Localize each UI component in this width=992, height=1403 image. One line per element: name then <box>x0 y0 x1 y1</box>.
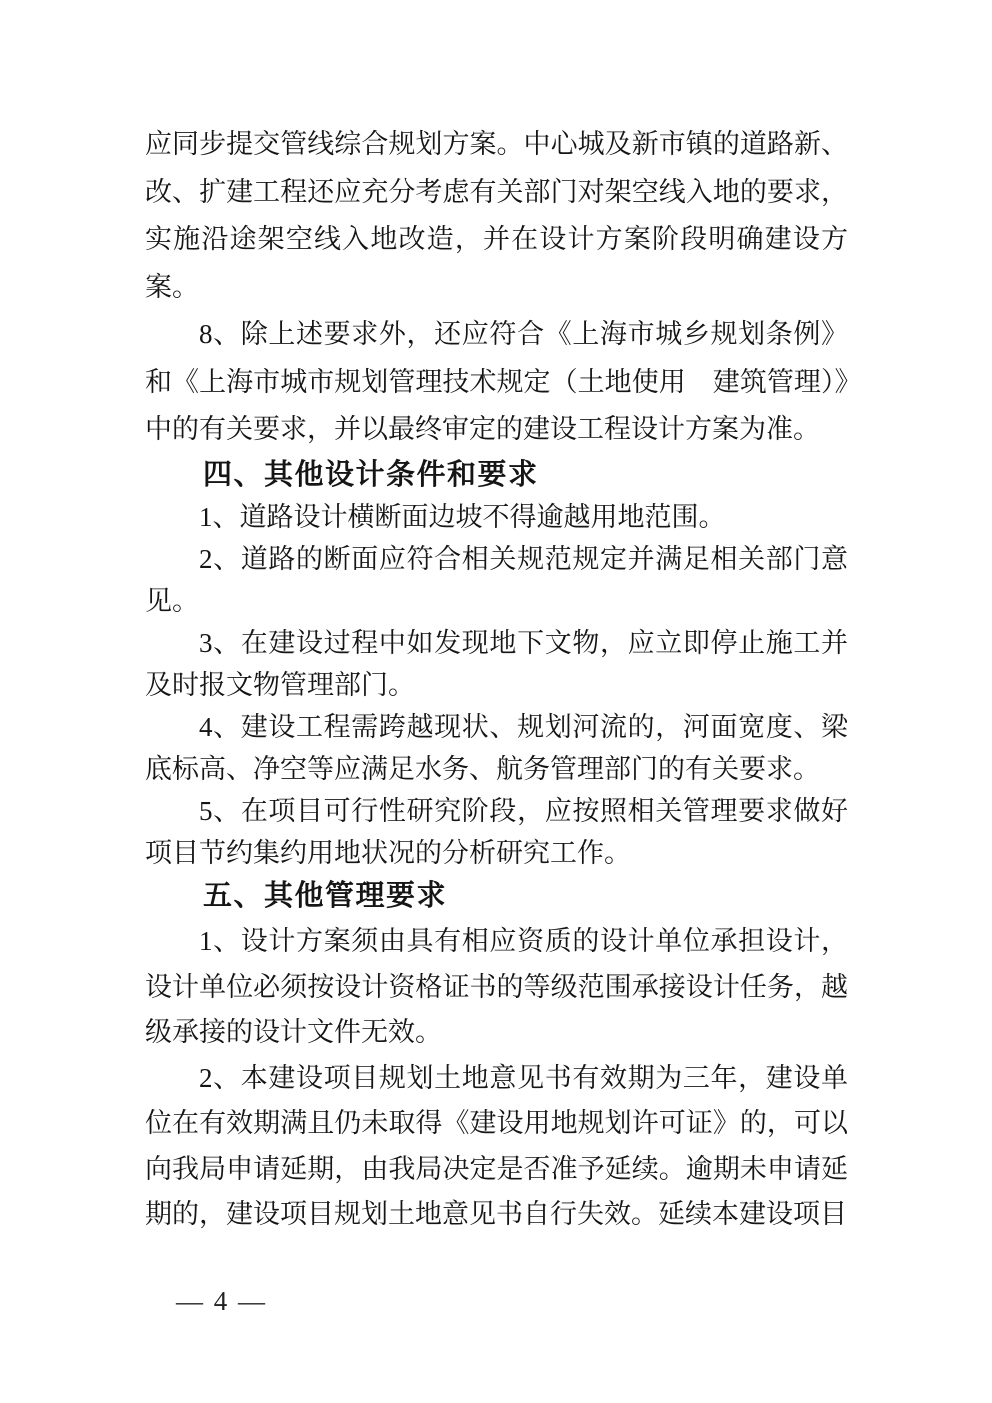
paragraph-management-item-2-validity-period: 2、本建设项目规划土地意见书有效期为三年，建设单位在有效期满且仍未取得《建设用地… <box>145 1056 848 1238</box>
section-heading-5-other-management-requirements: 五、其他管理要求 <box>145 874 848 920</box>
page-number: — 4 — <box>176 1286 267 1317</box>
paragraph-design-item-3-cultural-relics: 3、在建设过程中如发现地下文物，应立即停止施工并及时报文物管理部门。 <box>145 622 848 706</box>
paragraph-design-item-5-land-use-study: 5、在项目可行性研究阶段，应按照相关管理要求做好项目节约集约用地状况的分析研究工… <box>145 790 848 874</box>
paragraph-continued-pipeline-plan: 应同步提交管线综合规划方案。中心城及新市镇的道路新、改、扩建工程还应充分考虑有关… <box>145 121 848 311</box>
paragraph-management-item-1-qualified-designer: 1、设计方案须由具有相应资质的设计单位承担设计，设计单位必须按设计资格证书的等级… <box>145 919 848 1056</box>
document-page: 应同步提交管线综合规划方案。中心城及新市镇的道路新、改、扩建工程还应充分考虑有关… <box>0 0 992 1403</box>
document-body: 应同步提交管线综合规划方案。中心城及新市镇的道路新、改、扩建工程还应充分考虑有关… <box>145 121 848 1238</box>
paragraph-design-item-4-river-crossing: 4、建设工程需跨越现状、规划河流的，河面宽度、梁底标高、净空等应满足水务、航务管… <box>145 706 848 790</box>
paragraph-item-8-regulations: 8、除上述要求外，还应符合《上海市城乡规划条例》和《上海市城市规划管理技术规定（… <box>145 311 848 454</box>
paragraph-design-item-1-cross-section: 1、道路设计横断面边坡不得逾越用地范围。 <box>145 496 848 538</box>
paragraph-design-item-2-road-section: 2、道路的断面应符合相关规范规定并满足相关部门意见。 <box>145 538 848 622</box>
section-heading-4-other-design-conditions: 四、其他设计条件和要求 <box>145 454 848 496</box>
